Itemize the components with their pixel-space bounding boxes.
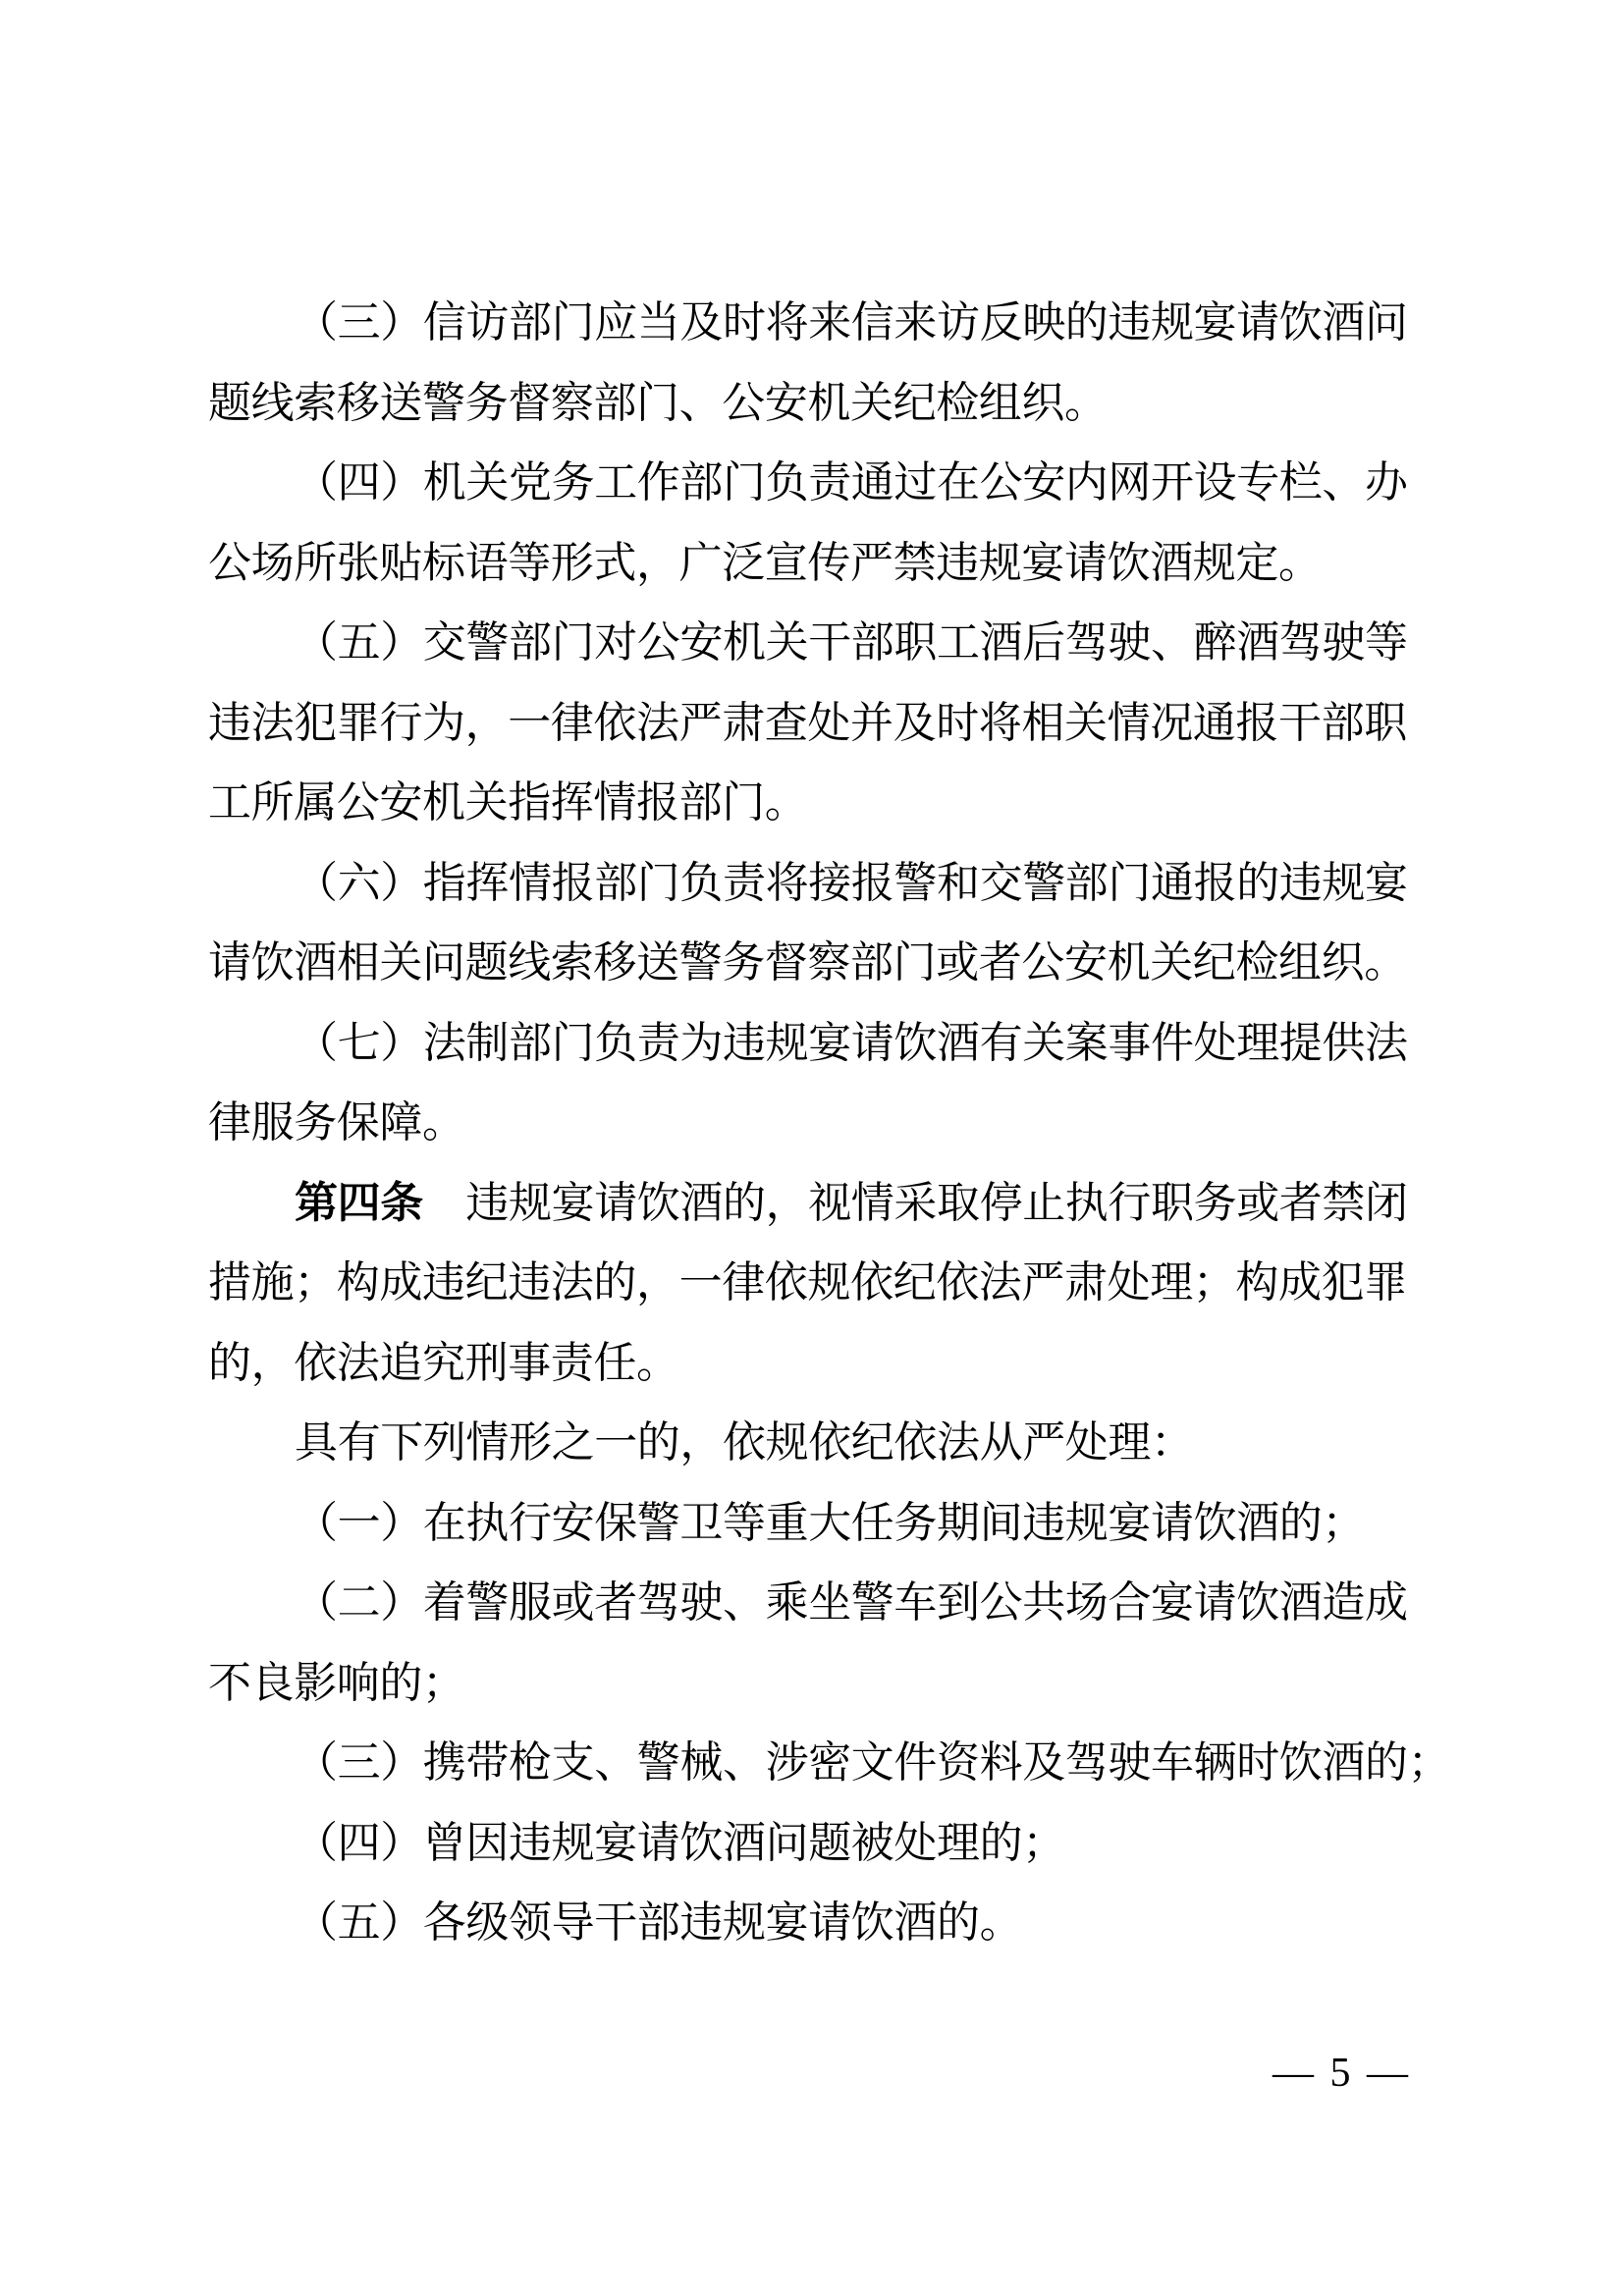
text-line: 第四条 违规宴请饮酒的，视情采取停止执行职务或者禁闭 xyxy=(208,1163,1431,1244)
page-number: — 5 — xyxy=(1272,2050,1411,2097)
text-line: 请饮酒相关问题线索移送警务督察部门或者公安机关纪检组织。 xyxy=(208,923,1431,1003)
text-line: （七）法制部门负责为违规宴请饮酒有关案事件处理提供法 xyxy=(208,1003,1431,1084)
text-line: 律服务保障。 xyxy=(208,1083,1431,1163)
article-heading: 第四条 xyxy=(295,1179,423,1227)
document-page: （三）信访部门应当及时将来信来访反映的违规宴请饮酒问题线索移送警务督察部门、公安… xyxy=(0,0,1624,2296)
text-line: 不良影响的； xyxy=(208,1643,1431,1724)
text-line: 的，依法追究刑事责任。 xyxy=(208,1323,1431,1404)
text-line: 措施；构成违纪违法的，一律依规依纪依法严肃处理；构成犯罪 xyxy=(208,1243,1431,1323)
text-line: （五）各级领导干部违规宴请饮酒的。 xyxy=(208,1883,1431,1963)
text-line: （一）在执行安保警卫等重大任务期间违规宴请饮酒的； xyxy=(208,1483,1431,1564)
document-body: （三）信访部门应当及时将来信来访反映的违规宴请饮酒问题线索移送警务督察部门、公安… xyxy=(208,283,1431,1963)
text-line: 工所属公安机关指挥情报部门。 xyxy=(208,763,1431,843)
text-line: （三）携带枪支、警械、涉密文件资料及驾驶车辆时饮酒的； xyxy=(208,1723,1431,1803)
text-line: 题线索移送警务督察部门、公安机关纪检组织。 xyxy=(208,363,1431,444)
text-line: （四）机关党务工作部门负责通过在公安内网开设专栏、办 xyxy=(208,443,1431,523)
text-line: （五）交警部门对公安机关干部职工酒后驾驶、醉酒驾驶等 xyxy=(208,603,1431,683)
text-line: 违法犯罪行为，一律依法严肃查处并及时将相关情况通报干部职 xyxy=(208,683,1431,764)
text-line: 具有下列情形之一的，依规依纪依法从严处理： xyxy=(208,1403,1431,1483)
text-line: （四）曾因违规宴请饮酒问题被处理的； xyxy=(208,1803,1431,1884)
text-line: （二）着警服或者驾驶、乘坐警车到公共场合宴请饮酒造成 xyxy=(208,1563,1431,1643)
text-line: （六）指挥情报部门负责将接报警和交警部门通报的违规宴 xyxy=(208,843,1431,924)
text-line: 公场所张贴标语等形式，广泛宣传严禁违规宴请饮酒规定。 xyxy=(208,523,1431,604)
text-line: （三）信访部门应当及时将来信来访反映的违规宴请饮酒问 xyxy=(208,283,1431,363)
